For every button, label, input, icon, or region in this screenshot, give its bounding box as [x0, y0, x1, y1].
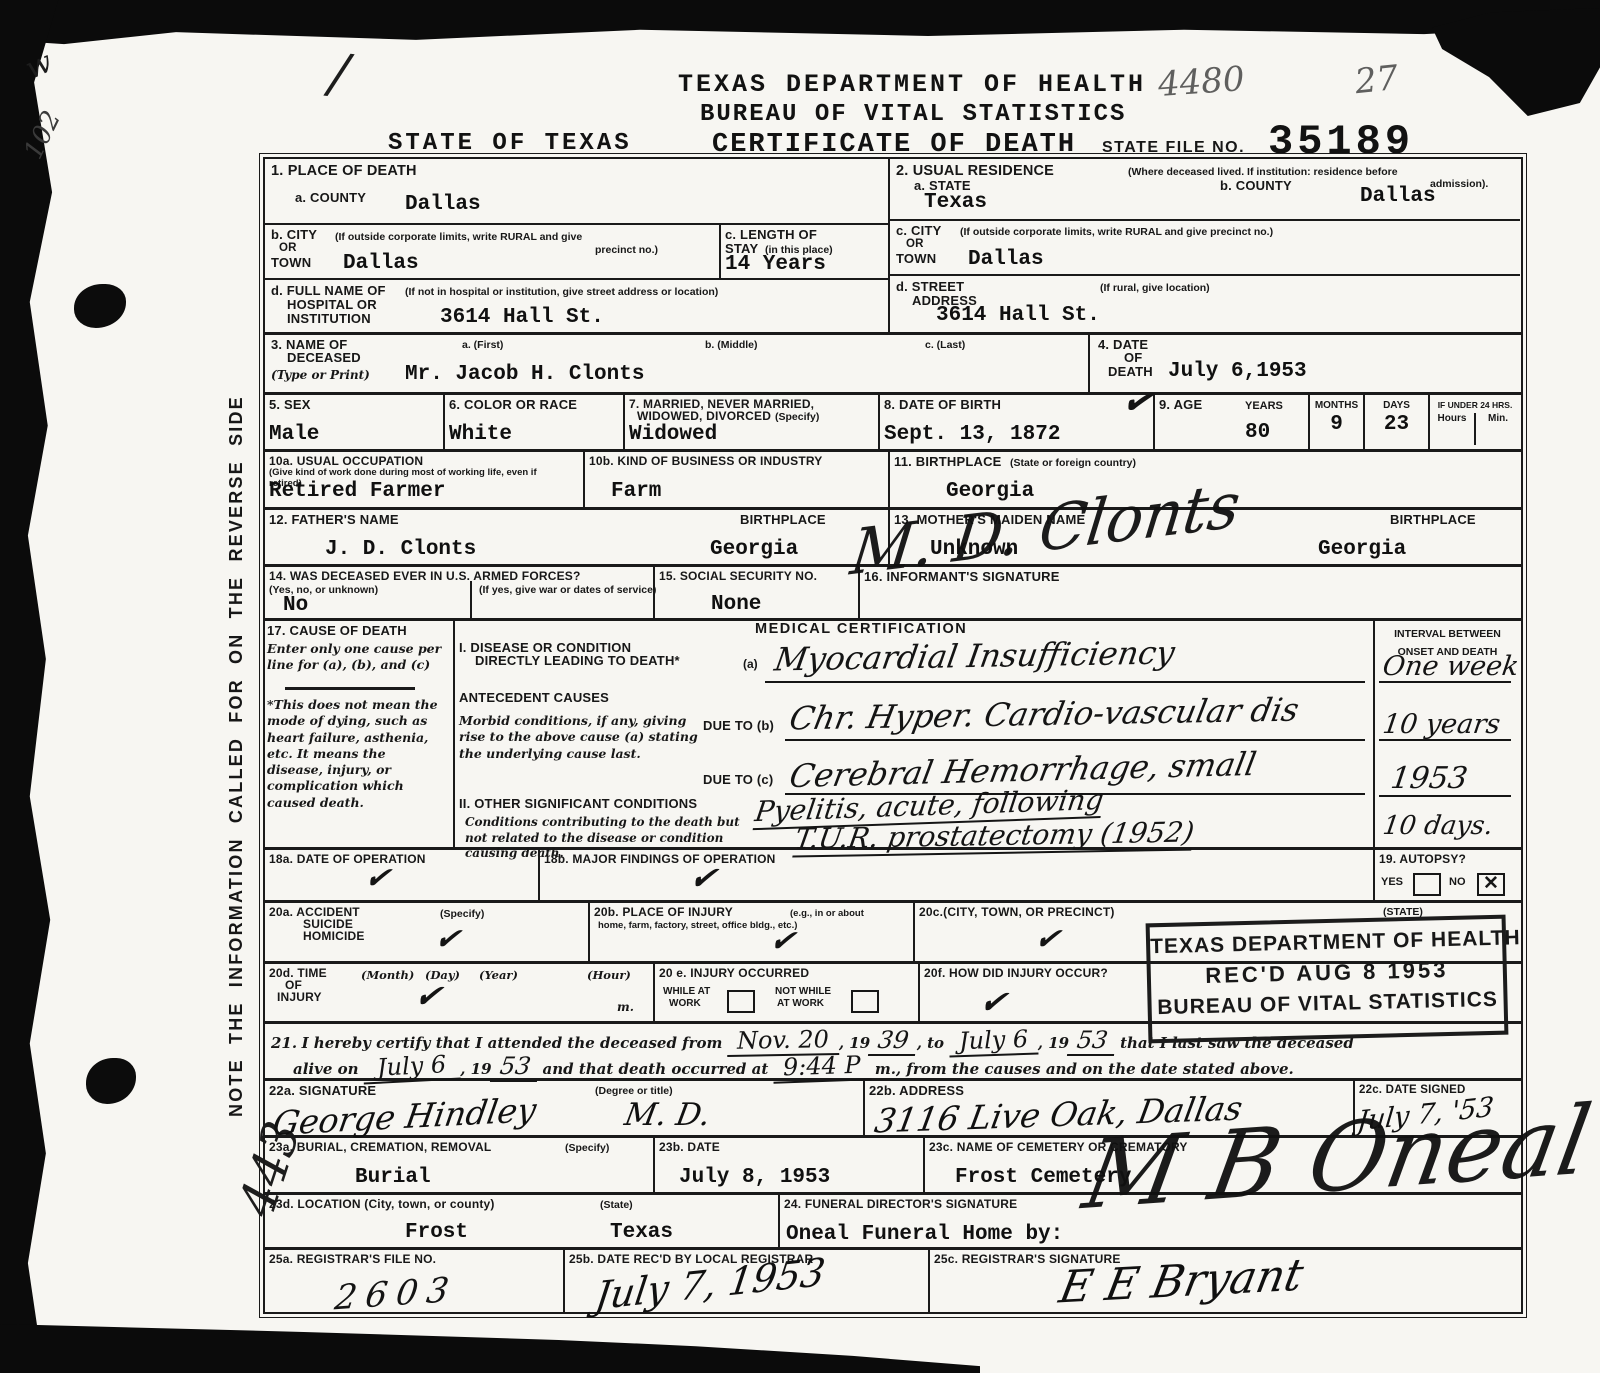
sex-value: Male [269, 423, 319, 446]
stamp-line-2: REC'D AUG 8 1953 [1151, 956, 1504, 991]
marital-label-2: WIDOWED, DIVORCED [637, 410, 771, 423]
field-usual-occupation: 10a. USUAL OCCUPATION (Give kind of work… [265, 452, 585, 507]
institution-label-3: INSTITUTION [287, 312, 371, 327]
residence-city-value: Dallas [968, 248, 1044, 271]
field-armed-forces: 14. WAS DECEASED EVER IN U.S. ARMED FORC… [265, 567, 655, 618]
field-age: 9. AGE YEARS 80 MONTHS 9 DAYS 23 IF UNDE… [1155, 395, 1520, 449]
field-color-or-race: 6. COLOR OR RACE White [445, 395, 625, 449]
institution-paren: (If not in hospital or institution, give… [405, 286, 718, 298]
certify-19a: , 19 [839, 1034, 870, 1052]
time-injury-hour: (Hour) [587, 968, 631, 983]
cause-note-1: Enter only one cause per line for (a), (… [267, 641, 442, 674]
certify-19c: , 19 [460, 1060, 491, 1078]
field-kind-of-business: 10b. KIND OF BUSINESS OR INDUSTRY Farm [585, 452, 890, 507]
age-under24-box: IF UNDER 24 HRS. Hours Min. [1430, 395, 1520, 449]
injury-city-checkmark-icon: ✔ [1033, 925, 1062, 955]
field-sex: 5. SEX Male [265, 395, 445, 449]
city-town: TOWN [271, 256, 311, 271]
accident-label-3: HOMICIDE [303, 930, 365, 943]
interval-a-value: One week [1381, 651, 1521, 682]
header-pencil-27: 27 [1353, 58, 1400, 102]
place-injury-label: 20b. PLACE OF INJURY [594, 906, 733, 919]
received-stamp: TEXAS DEPARTMENT OF HEALTH REC'D AUG 8 1… [1146, 915, 1509, 1044]
field-fathers-name: 12. FATHER'S NAME BIRTHPLACE J. D. Clont… [265, 510, 890, 564]
place-injury-checkmark-icon: ✔ [768, 927, 797, 957]
residence-county-label: b. COUNTY [1220, 179, 1292, 194]
mother-birthplace-label: BIRTHPLACE [1390, 513, 1476, 528]
location-state-label: (State) [600, 1199, 633, 1211]
age-hours-label: Hours [1430, 413, 1476, 445]
degree-value: M. D. [622, 1097, 713, 1133]
other-conditions-label: II. OTHER SIGNIFICANT CONDITIONS [459, 797, 697, 812]
hole-punch-ink-top [74, 284, 126, 328]
autopsy-no-label: NO [1449, 876, 1466, 888]
name-first-label: a. (First) [462, 339, 503, 351]
morbid-note: Morbid conditions, if any, giving rise t… [459, 713, 699, 762]
ssn-label: 15. SOCIAL SECURITY NO. [659, 570, 817, 583]
not-while-at-work-label-1: NOT WHILE [775, 986, 831, 997]
certify-alive-year: 53 [489, 1052, 540, 1082]
funeral-director-value: Oneal Funeral Home by: [786, 1223, 1063, 1246]
physician-signature-label: 22a. SIGNATURE [269, 1084, 376, 1099]
name-title-2: DECEASED [287, 351, 361, 366]
business-value: Farm [611, 480, 661, 503]
location-state-value: Texas [610, 1221, 673, 1244]
cause-title: 17. CAUSE OF DEATH [267, 624, 407, 639]
certify-19b: , 19 [1038, 1034, 1069, 1052]
certify-text-4: alive on [293, 1060, 359, 1078]
not-while-at-work-label-2: AT WORK [777, 998, 824, 1009]
residence-title: 2. USUAL RESIDENCE [896, 163, 1054, 179]
time-injury-month: (Month) [361, 968, 414, 983]
residence-paren-2: admission). [1430, 178, 1488, 190]
length-of-stay-box: c. LENGTH OF STAY (in this place) 14 Yea… [721, 225, 888, 278]
dob-value: Sept. 13, 1872 [884, 423, 1060, 446]
burial-date-value: July 8, 1953 [679, 1166, 830, 1189]
ssn-value: None [711, 593, 761, 616]
occupation-value: Retired Farmer [269, 480, 445, 503]
field-autopsy: 19. AUTOPSY? YES NO ✕ [1375, 850, 1520, 900]
header-slash-mark: / [327, 41, 352, 106]
field-physician-signature: 22a. SIGNATURE (Degree or title) George … [265, 1081, 865, 1135]
registrar-file-value: 2603 [332, 1269, 460, 1318]
while-at-work-checkbox [727, 990, 755, 1013]
marital-value: Widowed [629, 423, 717, 446]
age-days-value: 23 [1384, 413, 1409, 436]
marital-paren: (Specify) [775, 411, 819, 423]
interval-b-value: 10 years [1381, 709, 1502, 740]
age-days-label: DAYS [1383, 400, 1410, 411]
field-time-of-injury: 20d. TIME OF INJURY (Month) (Day) (Year)… [265, 964, 655, 1021]
film-edge-top [0, 0, 1600, 48]
place-of-death-title: 1. PLACE OF DEATH [271, 163, 888, 179]
field-marital-status: 7. MARRIED, NEVER MARRIED, WIDOWED, DIVO… [625, 395, 880, 449]
father-label: 12. FATHER'S NAME [269, 513, 399, 528]
residence-street-paren: (If rural, give location) [1100, 282, 1210, 294]
header-department: TEXAS DEPARTMENT OF HEALTH [678, 70, 1146, 99]
cause-a-value: Myocardial Insufficiency [772, 633, 1177, 678]
name-type-print: (Type or Print) [271, 368, 370, 384]
film-edge-top-right [1432, 8, 1600, 116]
county-label: a. COUNTY [295, 191, 366, 206]
residence-city-paren: (If outside corporate limits, write RURA… [960, 226, 1273, 238]
certify-text-1: I hereby certify that I attended the dec… [302, 1034, 723, 1052]
while-at-work-label-2: WORK [669, 998, 701, 1009]
header-state-of-texas: STATE OF TEXAS [388, 130, 632, 157]
date-signed-label: 22c. DATE SIGNED [1359, 1084, 1466, 1097]
field-date-of-birth: 8. DATE OF BIRTH Sept. 13, 1872 ✔ [880, 395, 1155, 449]
time-injury-m: m. [617, 1000, 634, 1016]
degree-title-label: (Degree or title) [595, 1085, 673, 1097]
mother-birthplace-value: Georgia [1318, 538, 1406, 561]
field-burial-cremation: 23a. BURIAL, CREMATION, REMOVAL (Specify… [265, 1138, 655, 1192]
armed-forces-divider [470, 581, 472, 618]
certify-text-2: , to [917, 1034, 944, 1052]
name-last-label: c. (Last) [925, 339, 965, 351]
city-paren-2: precinct no.) [595, 244, 658, 256]
armed-forces-paren-2: (If yes, give war or dates of service) [479, 584, 656, 596]
film-edge-left [0, 0, 62, 1373]
field-registrar-file-no: 25a. REGISTRAR'S FILE NO. 2603 [265, 1250, 565, 1312]
registrar-file-label: 25a. REGISTRAR'S FILE NO. [269, 1253, 436, 1266]
header-state-file-no-label: STATE FILE NO. [1102, 139, 1245, 157]
header-certificate-title: CERTIFICATE OF DEATH [712, 130, 1076, 160]
institution-value: 3614 Hall St. [440, 306, 604, 329]
age-years-box: 9. AGE YEARS 80 [1155, 395, 1310, 449]
armed-forces-label: 14. WAS DECEASED EVER IN U.S. ARMED FORC… [269, 570, 581, 583]
field-injury-occurred: 20 e. INJURY OCCURRED WHILE AT WORK NOT … [655, 964, 920, 1021]
field-accident-suicide-homicide: 20a. ACCIDENT SUICIDE HOMICIDE (Specify)… [265, 903, 590, 961]
birthplace-paren: (State or foreign country) [1010, 457, 1136, 469]
place-injury-paren-2: home, farm, factory, street, office bldg… [598, 920, 797, 931]
cause-a-tag: (a) [743, 657, 758, 671]
certify-text-5: and that death occurred at [543, 1060, 769, 1078]
field-burial-location: 23d. LOCATION (City, town, or county) (S… [265, 1195, 780, 1247]
place-injury-paren-1: (e.g., in or about [790, 908, 864, 919]
field-cause-of-death-notes: 17. CAUSE OF DEATH Enter only one cause … [265, 621, 455, 847]
age-days-box: DAYS 23 [1365, 395, 1430, 449]
race-value: White [449, 423, 512, 446]
certify-text-6: m., from the causes and on the date stat… [875, 1060, 1294, 1078]
age-months-label: MONTHS [1315, 400, 1358, 411]
certify-alive-value: July 6 [362, 1049, 461, 1084]
autopsy-yes-checkbox [1413, 873, 1441, 896]
autopsy-no-checkbox: ✕ [1477, 873, 1505, 896]
city-label: b. CITY [271, 228, 317, 243]
city-value: Dallas [343, 252, 419, 275]
location-label: 23d. LOCATION (City, town, or county) [269, 1198, 495, 1211]
header-bureau: BUREAU OF VITAL STATISTICS [700, 101, 1126, 128]
certify-time-value: 9:44 P [772, 1050, 871, 1083]
name-value: Mr. Jacob H. Clonts [405, 363, 644, 386]
father-birthplace-label: BIRTHPLACE [740, 513, 826, 528]
city-paren-1: (If outside corporate limits, write RURA… [335, 231, 582, 243]
dob-checkmark-icon: ✔ [1120, 383, 1155, 423]
funeral-director-label: 24. FUNERAL DIRECTOR'S SIGNATURE [784, 1198, 1017, 1211]
age-under24-label: IF UNDER 24 HRS. [1438, 400, 1513, 410]
field-interval-onset-death: INTERVAL BETWEEN ONSET AND DEATH One wee… [1375, 621, 1520, 847]
field-registrar-date: 25b. DATE REC'D BY LOCAL REGISTRAR July … [565, 1250, 930, 1312]
field-social-security: 15. SOCIAL SECURITY NO. None [655, 567, 860, 618]
injury-city-label: 20c.(CITY, TOWN, OR PRECINCT) [919, 906, 1115, 919]
field-burial-date: 23b. DATE July 8, 1953 [655, 1138, 925, 1192]
city-or-town-box: b. CITY (If outside corporate limits, wr… [265, 225, 721, 278]
age-months-box: MONTHS 9 [1310, 395, 1365, 449]
operation-date-label: 18a. DATE OF OPERATION [269, 853, 426, 866]
residence-paren-1: (Where deceased lived. If institution: r… [1128, 166, 1398, 178]
film-edge-bottom [0, 1316, 980, 1373]
field-medical-certification: MEDICAL CERTIFICATION I. DISEASE OR COND… [455, 621, 1375, 847]
field-place-of-injury: 20b. PLACE OF INJURY (e.g., in or about … [590, 903, 915, 961]
business-label: 10b. KIND OF BUSINESS OR INDUSTRY [589, 455, 823, 468]
interval-c-value: 1953 [1389, 761, 1470, 796]
residence-state-value: Texas [924, 191, 987, 214]
scanned-death-certificate: NOTE THE INFORMATION CALLED FOR ON THE R… [0, 0, 1600, 1373]
stamp-line-3: BUREAU OF VITAL STATISTICS [1151, 988, 1503, 1021]
while-at-work-label-1: WHILE AT [663, 986, 710, 997]
time-injury-label-3: INJURY [277, 991, 322, 1004]
location-city-value: Frost [405, 1221, 468, 1244]
stamp-line-1: TEXAS DEPARTMENT OF HEALTH [1150, 927, 1502, 960]
autopsy-yes-label: YES [1381, 876, 1403, 888]
city-or: OR [279, 242, 297, 255]
father-birthplace-value: Georgia [710, 538, 798, 561]
field-place-of-death: 1. PLACE OF DEATH a. COUNTY Dallas b. CI… [265, 159, 890, 332]
father-value: J. D. Clonts [325, 538, 476, 561]
burial-paren: (Specify) [565, 1142, 609, 1154]
burial-value: Burial [355, 1166, 431, 1189]
injury-occurred-label: 20 e. INJURY OCCURRED [659, 967, 809, 980]
cause-b-tag: DUE TO (b) [703, 719, 774, 734]
dod-value: July 6,1953 [1168, 360, 1307, 383]
cause-note-2: *This does not mean the mode of dying, s… [267, 697, 445, 811]
major-findings-label: 18b. MAJOR FINDINGS OF OPERATION [544, 853, 776, 866]
field-major-findings: 18b. MAJOR FINDINGS OF OPERATION ✔ [540, 850, 1375, 900]
burial-date-label: 23b. DATE [659, 1141, 720, 1154]
field-usual-residence: 2. USUAL RESIDENCE (Where deceased lived… [890, 159, 1520, 332]
accident-paren: (Specify) [440, 908, 484, 920]
sex-label: 5. SEX [269, 398, 311, 413]
operation-date-checkmark-icon: ✔ [363, 864, 392, 894]
field-registrar-signature: 25c. REGISTRAR'S SIGNATURE E E Bryant [930, 1250, 1520, 1312]
age-months-value: 9 [1330, 413, 1343, 436]
residence-street-value: 3614 Hall St. [936, 304, 1100, 327]
antecedent-label: ANTECEDENT CAUSES [459, 691, 609, 706]
how-injury-label: 20f. HOW DID INJURY OCCUR? [924, 967, 1108, 980]
cause-c-tag: DUE TO (c) [703, 773, 773, 788]
name-middle-label: b. (Middle) [705, 339, 758, 351]
birthplace-label: 11. BIRTHPLACE [894, 455, 1002, 470]
cause-note-divider [285, 687, 415, 690]
residence-city-or: OR [906, 238, 924, 251]
length-of-stay-value: 14 Years [725, 253, 826, 276]
field-date-of-operation: 18a. DATE OF OPERATION ✔ [265, 850, 540, 900]
burial-label: 23a. BURIAL, CREMATION, REMOVAL [269, 1141, 491, 1154]
certify-no: 21. [271, 1034, 297, 1052]
header-pencil-4480: 4480 [1157, 59, 1246, 105]
age-label: 9. AGE [1159, 398, 1202, 413]
county-value: Dallas [405, 193, 481, 216]
race-label: 6. COLOR OR RACE [449, 398, 577, 413]
age-years-value: 80 [1245, 421, 1270, 444]
armed-forces-value: No [283, 594, 308, 617]
dod-label-3: DEATH [1108, 365, 1153, 380]
age-years-label: YEARS [1245, 400, 1283, 412]
accident-checkmark-icon: ✔ [433, 925, 462, 955]
field-name-of-deceased: 3. NAME OF DECEASED (Type or Print) a. (… [265, 335, 1090, 392]
how-injury-checkmark-icon: ✔ [978, 986, 1009, 1018]
time-injury-checkmark-icon: ✔ [413, 980, 444, 1012]
dob-label: 8. DATE OF BIRTH [884, 398, 1001, 413]
residence-city-label: c. CITY [896, 224, 941, 239]
major-findings-checkmark-icon: ✔ [688, 862, 719, 894]
margin-reverse-side-note: NOTE THE INFORMATION CALLED FOR ON THE R… [226, 337, 254, 1117]
residence-county-value: Dallas [1360, 185, 1436, 208]
time-injury-year: (Year) [479, 968, 518, 983]
not-while-at-work-checkbox [851, 990, 879, 1013]
physician-address-label: 22b. ADDRESS [869, 1084, 964, 1099]
age-min-label: Min. [1476, 413, 1520, 445]
disease-label-2: DIRECTLY LEADING TO DEATH* [475, 654, 680, 669]
residence-city-town: TOWN [896, 252, 936, 267]
autopsy-label: 19. AUTOPSY? [1379, 853, 1466, 866]
hole-punch-ink-bottom [86, 1058, 136, 1104]
interval-other-value: 10 days. [1381, 811, 1495, 841]
